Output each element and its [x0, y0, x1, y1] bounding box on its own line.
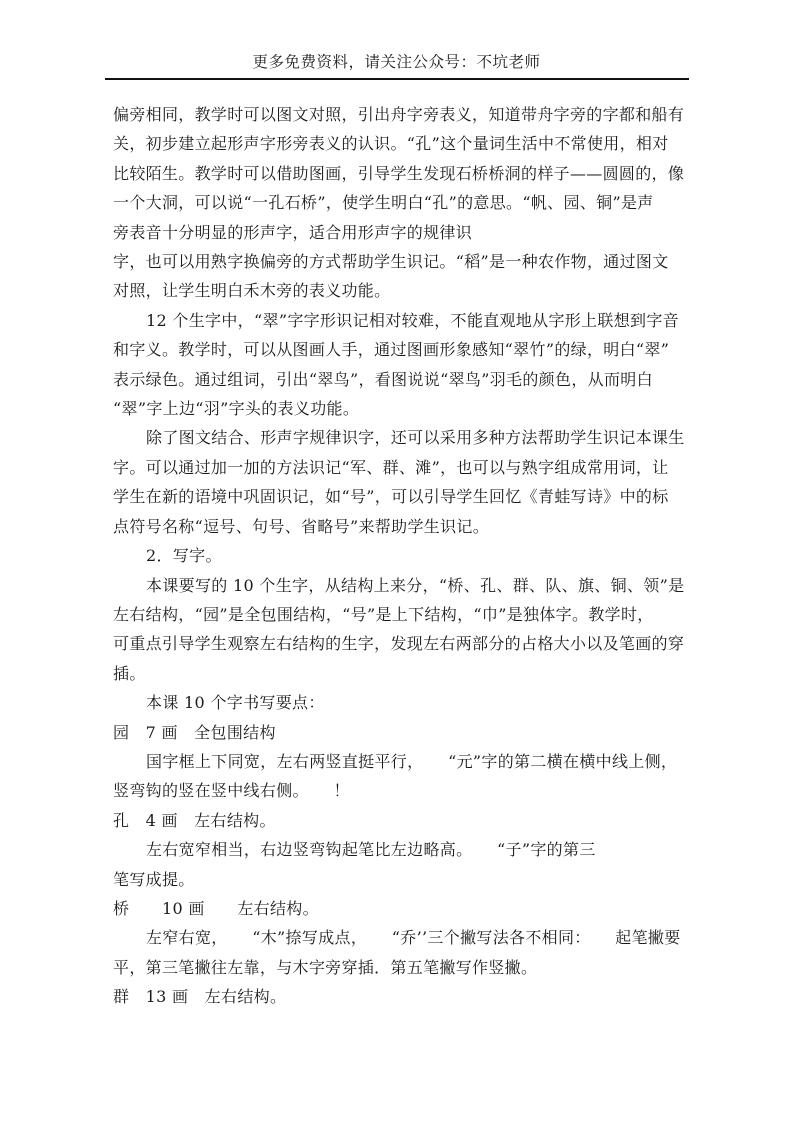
text-line: 国字框上下同宽，左右两竖直挺平行， “元”字的第二横在横中线上侧， [113, 747, 693, 776]
text-line: 左右结构，“园”是全包围结构，“号”是上下结构，“巾”是独体字。教学时， [113, 600, 693, 629]
text-line: 12 个生字中，“翠”字字形识记相对较难，不能直观地从字形上联想到字音 [113, 306, 693, 335]
text-line: 左右宽窄相当，右边竖弯钩起笔比左边略高。 “子”字的第三 [113, 835, 693, 864]
text-line: “翠”字上边“羽”字头的表义功能。 [113, 394, 693, 423]
text-line: 园 7 画 全包围结构 [113, 718, 693, 747]
page-header-note: 更多免费资料，请关注公众号：不坑老师 [0, 50, 793, 72]
text-line: 本课要写的 10 个生字，从结构上来分，“桥、孔、群、队、旗、铜、领”是 [113, 571, 693, 600]
text-line: 2．写字。 [113, 541, 693, 570]
text-line: 笔写成提。 [113, 865, 693, 894]
text-line: 本课 10 个字书写要点： [113, 688, 693, 717]
text-line: 除了图文结合、形声字规律识字，还可以采用多种方法帮助学生识记本课生 [113, 423, 693, 452]
text-line: 群 13 画 左右结构。 [113, 982, 693, 1011]
header-divider [105, 78, 689, 80]
text-line: 对照，让学生明白禾木旁的表义功能。 [113, 276, 693, 305]
text-line: 表示绿色。通过组词，引出“翠鸟”，看图说说“翠鸟”羽毛的颜色，从而明白 [113, 365, 693, 394]
text-line: 左窄右宽， “木”捺写成点， “乔’’三个撇写法各不相同： 起笔撇要 [113, 923, 693, 952]
text-line: 竖弯钩的竖在竖中线右侧。 ！ [113, 776, 693, 805]
text-line: 旁表音十分明显的形声字，适合用形声字的规律识 [113, 218, 693, 247]
text-line: 桥 10 画 左右结构。 [113, 894, 693, 923]
text-line: 一个大洞，可以说“一孔石桥”，使学生明白“孔”的意思。“帆、园、铜”是声 [113, 188, 693, 217]
text-line: 关，初步建立起形声字形旁表义的认识。“孔”这个量词生活中不常使用，相对 [113, 129, 693, 158]
text-line: 字，也可以用熟字换偏旁的方式帮助学生识记。“稻”是一种农作物，通过图文 [113, 247, 693, 276]
text-line: 比较陌生。教学时可以借助图画，引导学生发现石桥桥洞的样子——圆圆的，像 [113, 159, 693, 188]
text-line: 可重点引导学生观察左右结构的生字，发现左右两部分的占格大小以及笔画的穿 [113, 629, 693, 658]
text-line: 孔 4 画 左右结构。 [113, 806, 693, 835]
text-line: 和字义。教学时，可以从图画人手，通过图画形象感知“翠竹”的绿，明白“翠” [113, 335, 693, 364]
text-line: 插。 [113, 659, 693, 688]
text-line: 平，第三笔撇往左靠，与木字旁穿插．第五笔撇写作竖撇。 [113, 953, 693, 982]
text-line: 点符号名称“逗号、句号、省略号”来帮助学生识记。 [113, 512, 693, 541]
text-line: 偏旁相同，教学时可以图文对照，引出舟字旁表义，知道带舟字旁的字都和船有 [113, 100, 693, 129]
document-body: 偏旁相同，教学时可以图文对照，引出舟字旁表义，知道带舟字旁的字都和船有关，初步建… [113, 100, 693, 1012]
text-line: 字。可以通过加一加的方法识记“军、群、滩”，也可以与熟字组成常用词，让 [113, 453, 693, 482]
document-page: 更多免费资料，请关注公众号：不坑老师 偏旁相同，教学时可以图文对照，引出舟字旁表… [0, 0, 793, 1122]
text-line: 学生在新的语境中巩固识记，如“号”，可以引导学生回忆《青蛙写诗》中的标 [113, 482, 693, 511]
